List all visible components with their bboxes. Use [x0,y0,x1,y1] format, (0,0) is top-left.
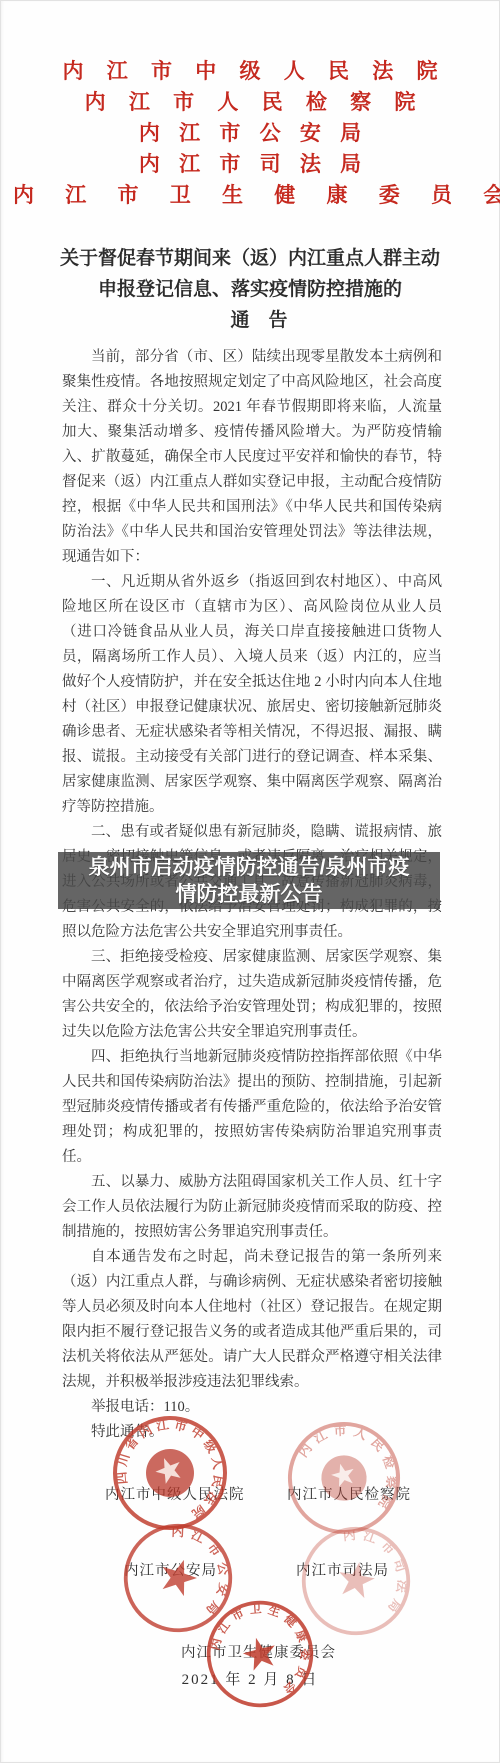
signature-health: 内江市卫生健康委员会 [181,1641,336,1662]
body-paragraph-intro: 当前，部分省（市、区）陆续出现零星散发本土病例和聚集性疫情。各地按照规定划定了中… [62,345,442,570]
signature-procuratorate: 内江市人民检察院 [287,1483,411,1504]
document-title: 关于督促春节期间来（返）内江重点人群主动 申报登记信息、落实疫情防控措施的 通 … [30,243,470,336]
caption-line-2: 情防控最新公告 [176,881,323,908]
signature-police: 内江市公安局 [124,1559,217,1580]
agency-header: 内 江 市 中 级 人 民 法 院 内 江 市 人 民 检 察 院 内 江 市 … [0,56,500,211]
signature-court: 内江市中级人民法院 [105,1483,245,1504]
agency-line-health: 内 江 市 卫 生 健 康 委 员 会 [0,180,500,211]
body-paragraph-5: 五、以暴力、威胁方法阻碍国家机关工作人员、红十字会工作人员依法履行为防止新冠肺炎… [62,1170,442,1245]
body-paragraph-1: 一、凡近期从省外返乡（指返回到农村地区）、中高风险地区所在设区市（直辖市为区）、… [62,570,442,820]
caption-line-1: 泉州市启动疫情防控通告/泉州市疫 [89,854,410,881]
body-paragraph-3: 三、拒绝接受检疫、居家健康监测、居家医学观察、集中隔离医学观察或者治疗，过失造成… [62,945,442,1045]
agency-line-procuratorate: 内 江 市 人 民 检 察 院 [0,87,500,118]
notice-document-page: 内 江 市 中 级 人 民 法 院 内 江 市 人 民 检 察 院 内 江 市 … [0,0,500,1763]
agency-line-justice: 内 江 市 司 法 局 [0,149,500,180]
caption-overlay: 泉州市启动疫情防控通告/泉州市疫 情防控最新公告 [58,852,440,909]
agency-line-court: 内 江 市 中 级 人 民 法 院 [0,56,500,87]
title-line-2: 申报登记信息、落实疫情防控措施的 [30,274,470,305]
title-line-1: 关于督促春节期间来（返）内江重点人群主动 [30,243,470,274]
hotline-line: 举报电话：110。 [62,1395,442,1420]
body-paragraph-closing: 自本通告发布之时起，尚未登记报告的第一条所列来（返）内江重点人群，与确诊病例、无… [62,1245,442,1395]
notice-date: 2021 年 2 月 8 日 [0,1668,500,1689]
signature-justice: 内江市司法局 [296,1559,389,1580]
closing-line: 特此通告。 [62,1420,442,1445]
title-line-3: 通 告 [30,305,470,336]
body-paragraph-4: 四、拒绝执行当地新冠肺炎疫情防控指挥部依照《中华人民共和国传染病防治法》提出的预… [62,1045,442,1170]
justice-stamp: 内江市司法局 [290,1515,422,1647]
agency-line-police: 内 江 市 公 安 局 [0,118,500,149]
